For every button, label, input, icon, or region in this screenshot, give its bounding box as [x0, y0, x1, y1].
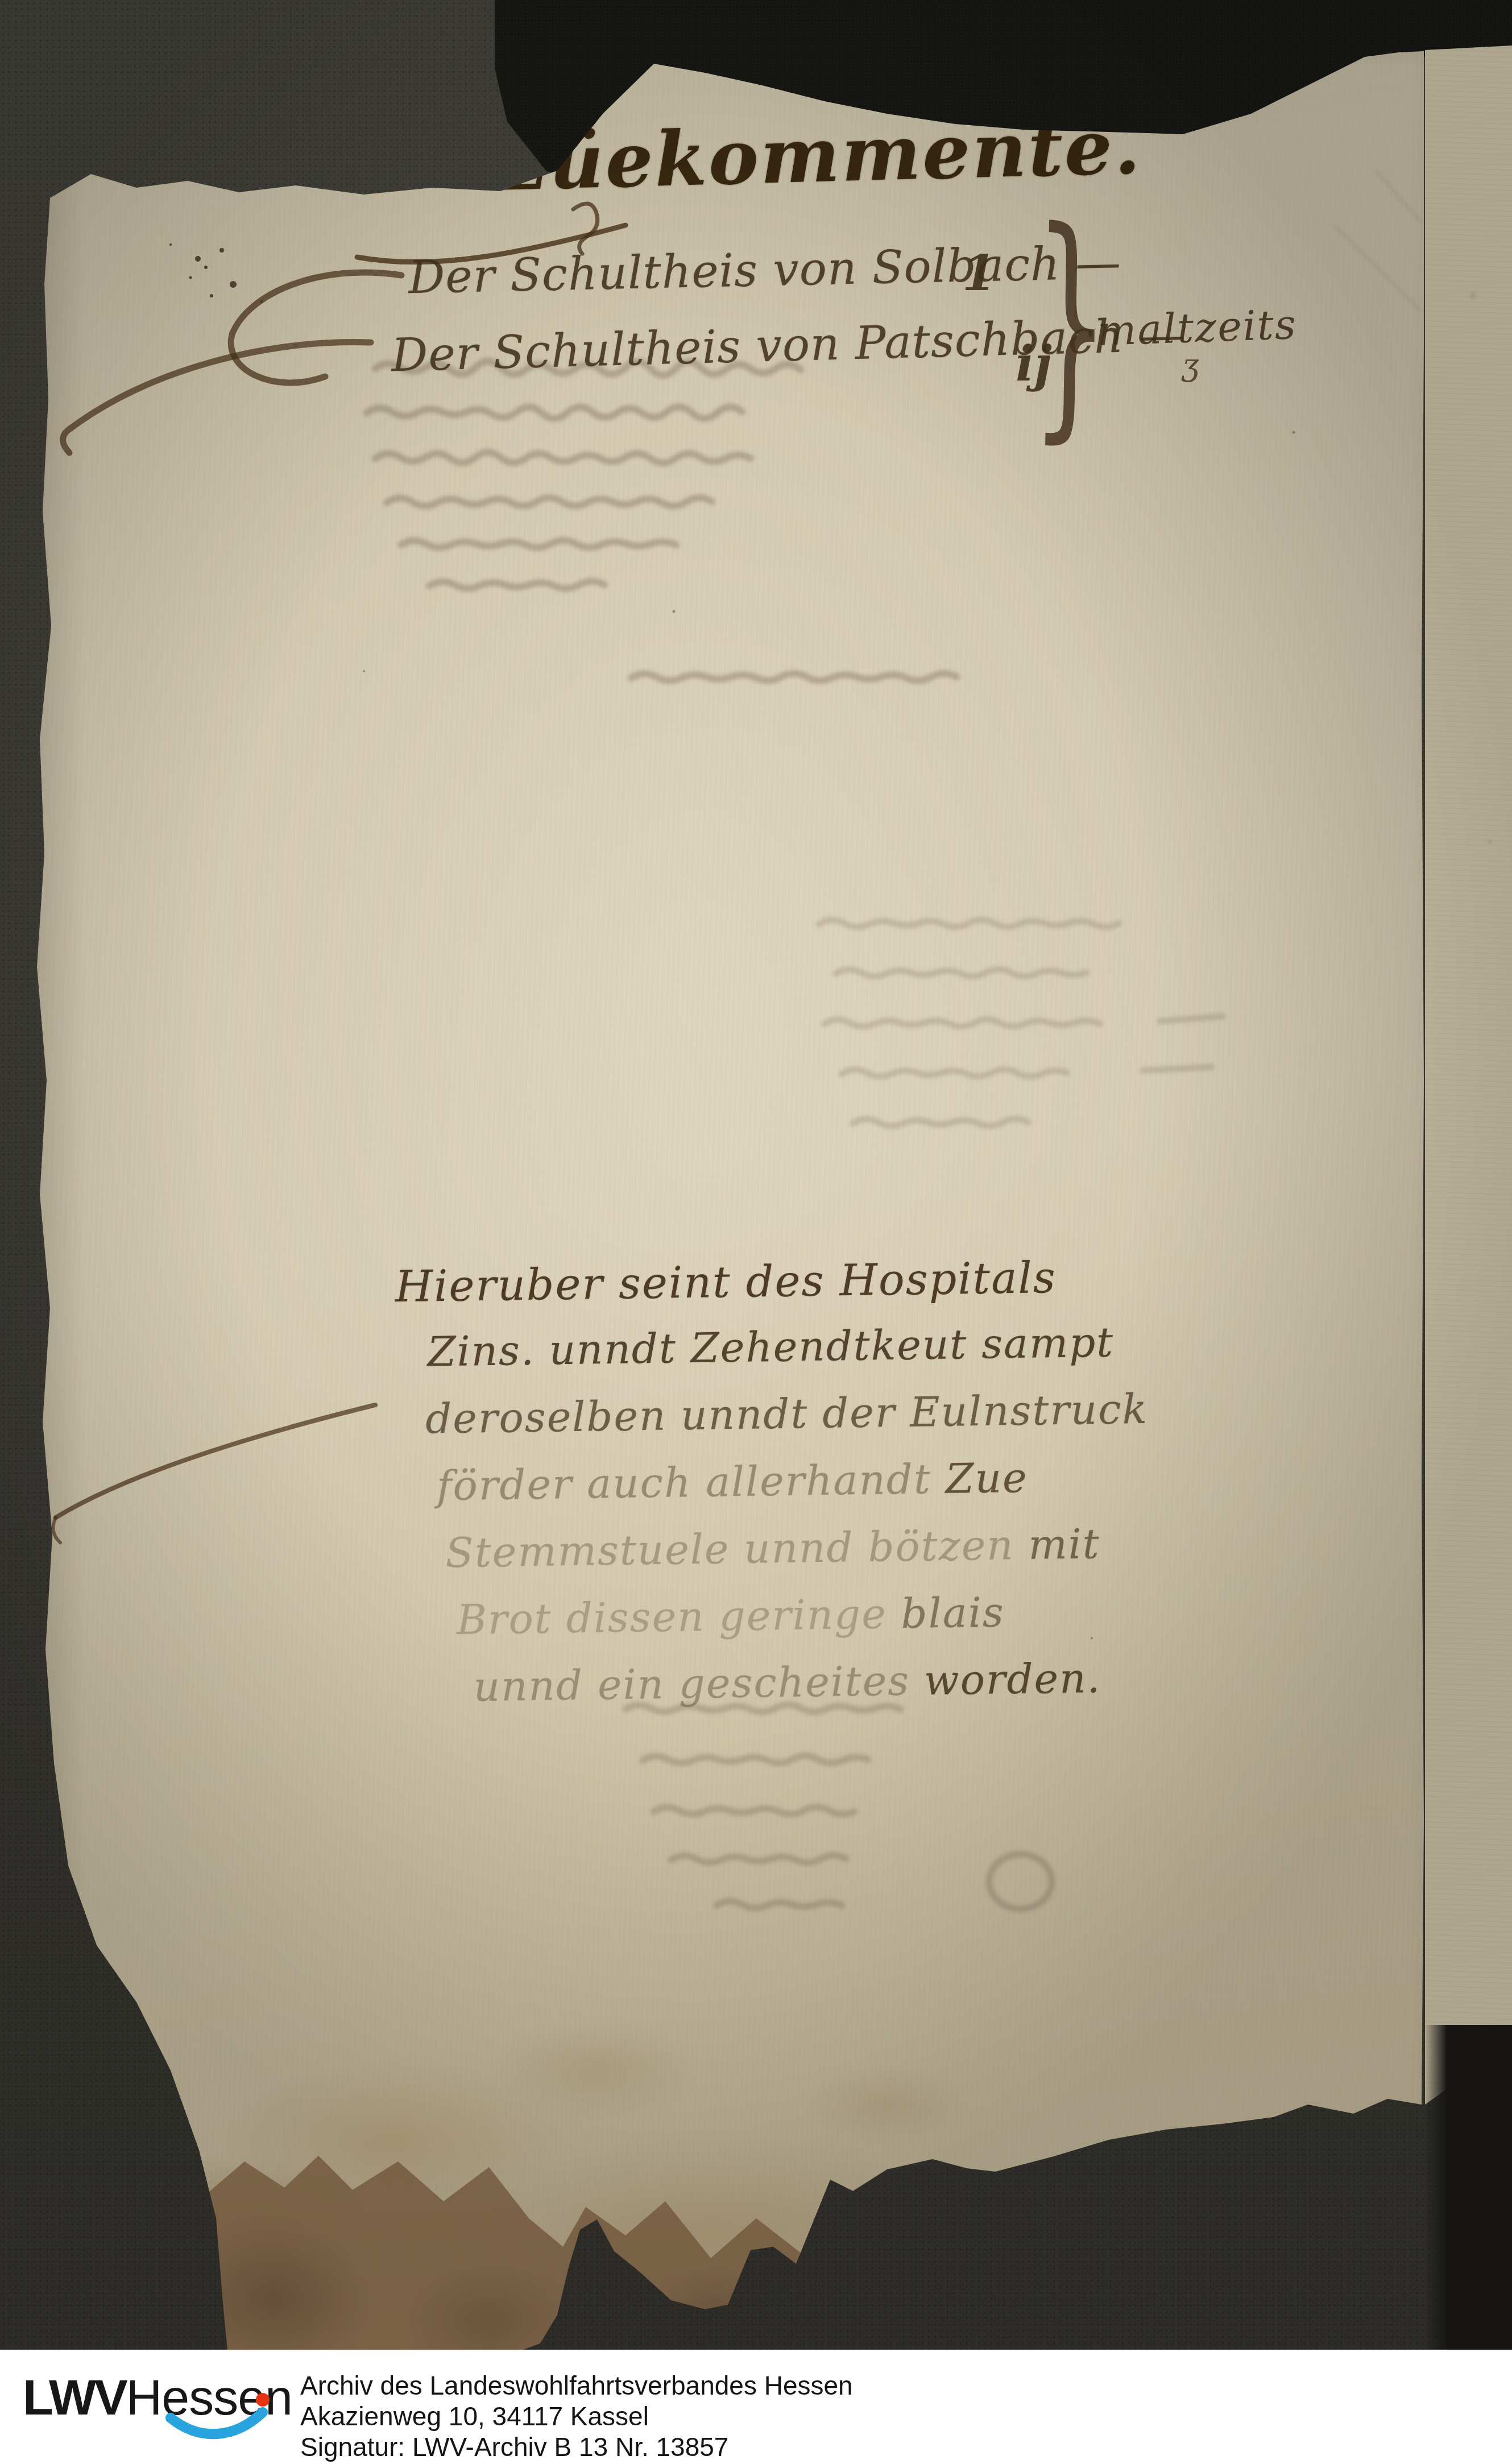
paragraph-line-text: Stemmstuele unnd bötzen — [445, 1521, 1029, 1577]
archive-address: Akazienweg 10, 34117 Kassel — [300, 2401, 853, 2432]
logo-text-bold: LWV — [23, 2369, 126, 2425]
entry-row-1-value: 1 — [962, 245, 996, 302]
paragraph: Hieruber seint des Hospitals Zins. unndt… — [395, 1251, 1152, 1731]
paragraph-line-text: förder auch allerhandt — [436, 1455, 946, 1510]
logo-red-dot-icon — [256, 2393, 270, 2407]
archive-signature: Signatur: LWV-Archiv B 13 Nr. 13857 — [300, 2432, 853, 2462]
ink-splatter — [169, 243, 263, 303]
paragraph-line-text: Hieruber seint des Hospitals — [395, 1252, 1057, 1312]
archive-name: Archiv des Landeswohlfahrtsverbandes Hes… — [300, 2370, 853, 2401]
paragraph-line-text: unnd ein gescheites — [473, 1656, 924, 1710]
paragraph-line-tail: worden. — [923, 1654, 1101, 1704]
paragraph-line: deroselben unndt der Eulnstruck — [425, 1385, 1149, 1462]
paragraph-line: Zins. unndt Zehendtkeut sampt — [427, 1318, 1148, 1395]
book-cover-bottom — [1425, 2025, 1512, 2350]
entries-unit-mark: ʒ — [1182, 347, 1199, 383]
paragraph-line-tail: mit — [1028, 1520, 1100, 1569]
paragraph-line: Hieruber seint des Hospitals — [395, 1251, 1147, 1328]
paragraph-line: unnd ein gescheites worden. — [473, 1653, 1153, 1730]
paragraph-line-text: Zins. unndt Zehendtkeut sampt — [427, 1318, 1115, 1376]
paragraph-line-tail: Zue — [945, 1454, 1028, 1503]
paragraph-line-text: deroselben unndt der Eulnstruck — [425, 1385, 1149, 1443]
paragraph-line-tail: blais — [901, 1588, 1005, 1638]
archive-scan: Züekommente. Der Schultheis von Solbach … — [0, 0, 1512, 2464]
paragraph-line-text: Brot dissen geringe — [457, 1590, 902, 1644]
archive-info: Archiv des Landeswohlfahrtsverbandes Hes… — [300, 2370, 853, 2462]
logo-swoosh-icon — [165, 2405, 273, 2445]
manuscript-page: Züekommente. Der Schultheis von Solbach … — [0, 0, 1512, 2464]
paragraph-line: förder auch allerhandt Zue — [436, 1452, 1150, 1529]
paragraph-line: Stemmstuele unnd bötzen mit — [445, 1519, 1151, 1596]
footer-band: LWVHessen Archiv des Landeswohlfahrtsver… — [0, 2350, 1512, 2464]
paragraph-line: Brot dissen geringe blais — [457, 1586, 1152, 1663]
